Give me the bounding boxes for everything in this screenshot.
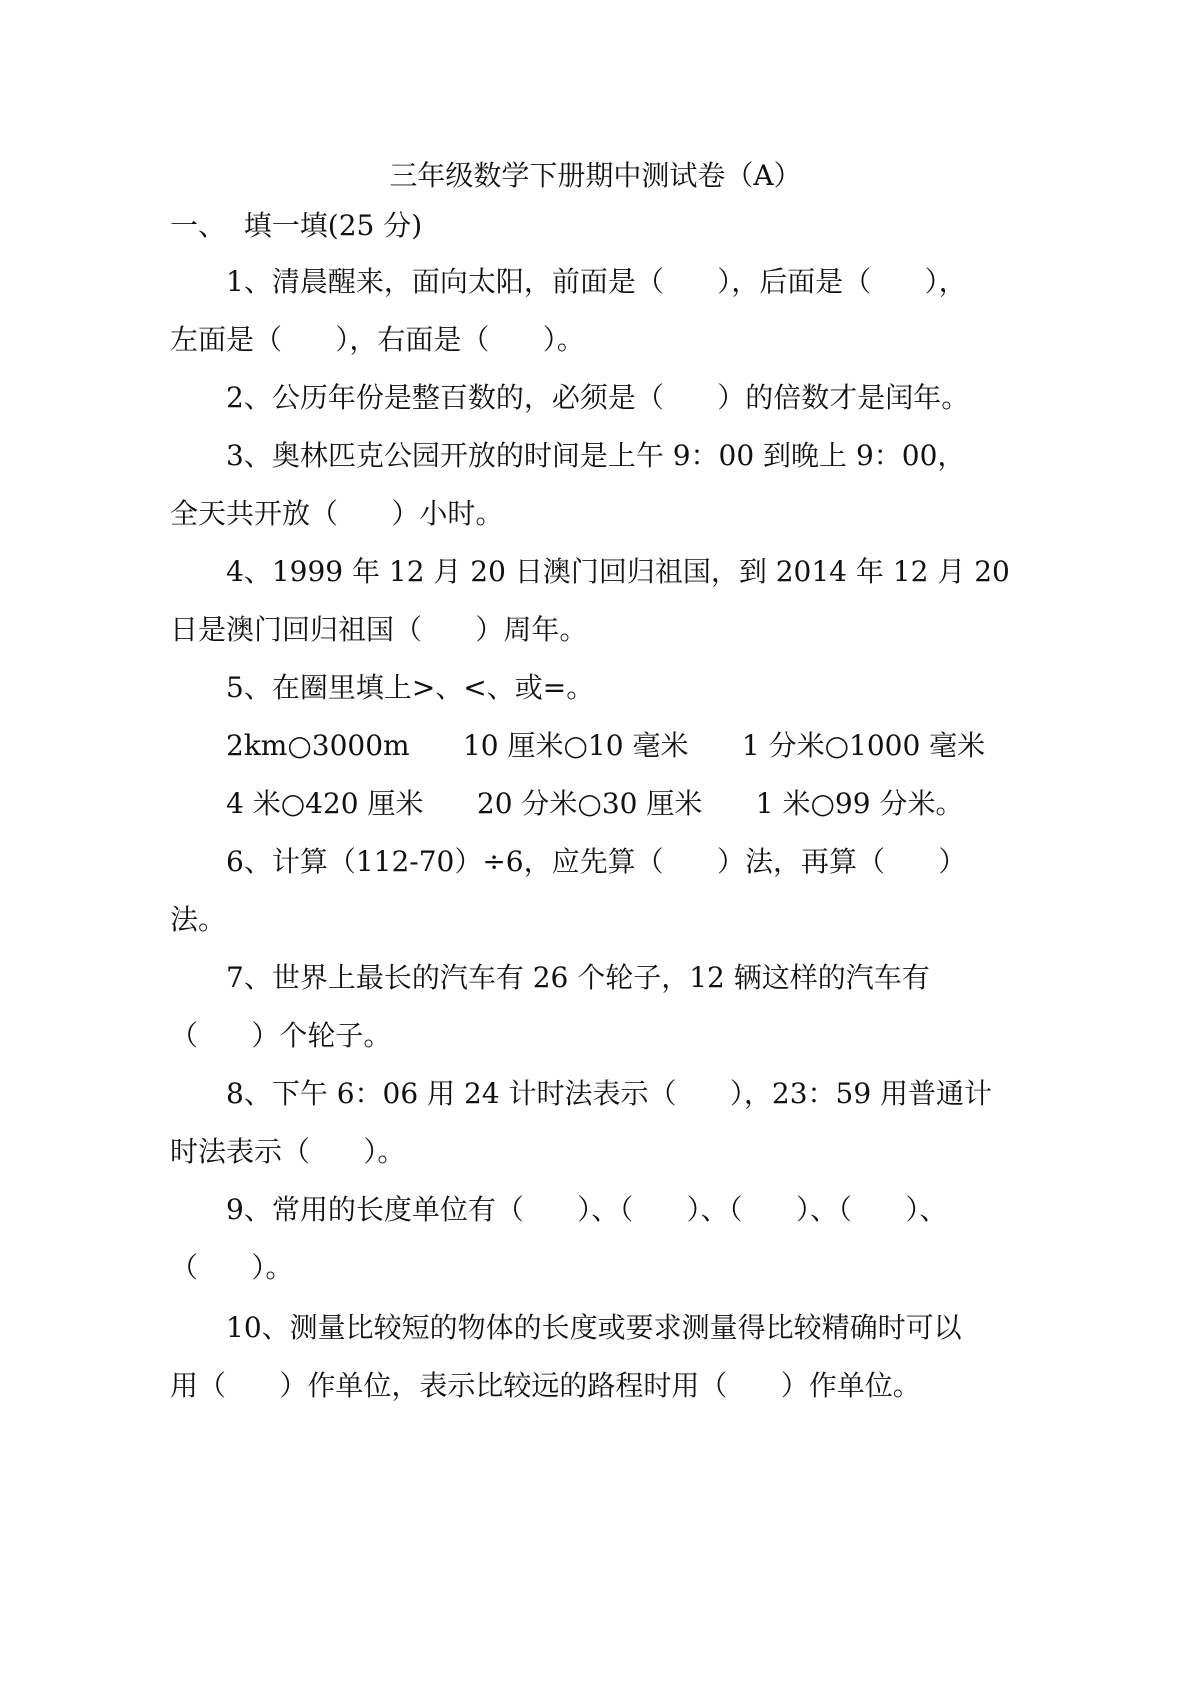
question-8-line-2: 时法表示（ ）。 — [170, 1134, 405, 1170]
question-7-line-1: 7、世界上最长的汽车有 26 个轮子，12 辆这样的汽车有 — [226, 960, 930, 996]
question-9-line-1: 9、常用的长度单位有（ ）、（ ）、（ ）、（ ）、 — [226, 1192, 947, 1228]
question-5-prompt: 5、在圈里填上>、<、或=。 — [226, 670, 594, 706]
question-9-line-2: （ ）。 — [170, 1250, 293, 1286]
question-2: 2、公历年份是整百数的，必须是（ ）的倍数才是闰年。 — [226, 380, 969, 416]
question-1-line-2: 左面是（ ），右面是（ ）。 — [170, 322, 585, 358]
question-8-line-1: 8、下午 6：06 用 24 计时法表示（ ），23：59 用普通计 — [226, 1076, 992, 1112]
question-5-row-2: 4 米○420 厘米 20 分米○30 厘米 1 米○99 分米。 — [226, 786, 963, 822]
question-4-line-2: 日是澳门回归祖国（ ）周年。 — [170, 612, 587, 648]
question-10-line-2: 用（ ）作单位，表示比较远的路程时用（ ）作单位。 — [170, 1368, 921, 1404]
question-3-line-1: 3、奥林匹克公园开放的时间是上午 9：00 到晚上 9：00， — [226, 438, 965, 474]
question-5-row-1: 2km○3000m 10 厘米○10 毫米 1 分米○1000 毫米 — [226, 728, 985, 764]
question-4-line-1: 4、1999 年 12 月 20 日澳门回归祖国，到 2014 年 12 月 2… — [226, 554, 1010, 590]
question-1-line-1: 1、清晨醒来，面向太阳，前面是（ ），后面是（ ）， — [226, 264, 967, 300]
page-title: 三年级数学下册期中测试卷（A） — [0, 158, 1191, 194]
question-6-line-2: 法。 — [170, 902, 226, 938]
exam-page: 三年级数学下册期中测试卷（A） 一、 填一填(25 分) 1、清晨醒来，面向太阳… — [0, 0, 1191, 1684]
question-3-line-2: 全天共开放（ ）小时。 — [170, 496, 503, 532]
question-10-line-1: 10、测量比较短的物体的长度或要求测量得比较精确时可以 — [226, 1310, 962, 1346]
question-7-line-2: （ ）个轮子。 — [170, 1018, 391, 1054]
section-heading: 一、 填一填(25 分) — [170, 208, 422, 244]
question-6-line-1: 6、计算（112-70）÷6，应先算（ ）法，再算（ ） — [226, 844, 966, 880]
